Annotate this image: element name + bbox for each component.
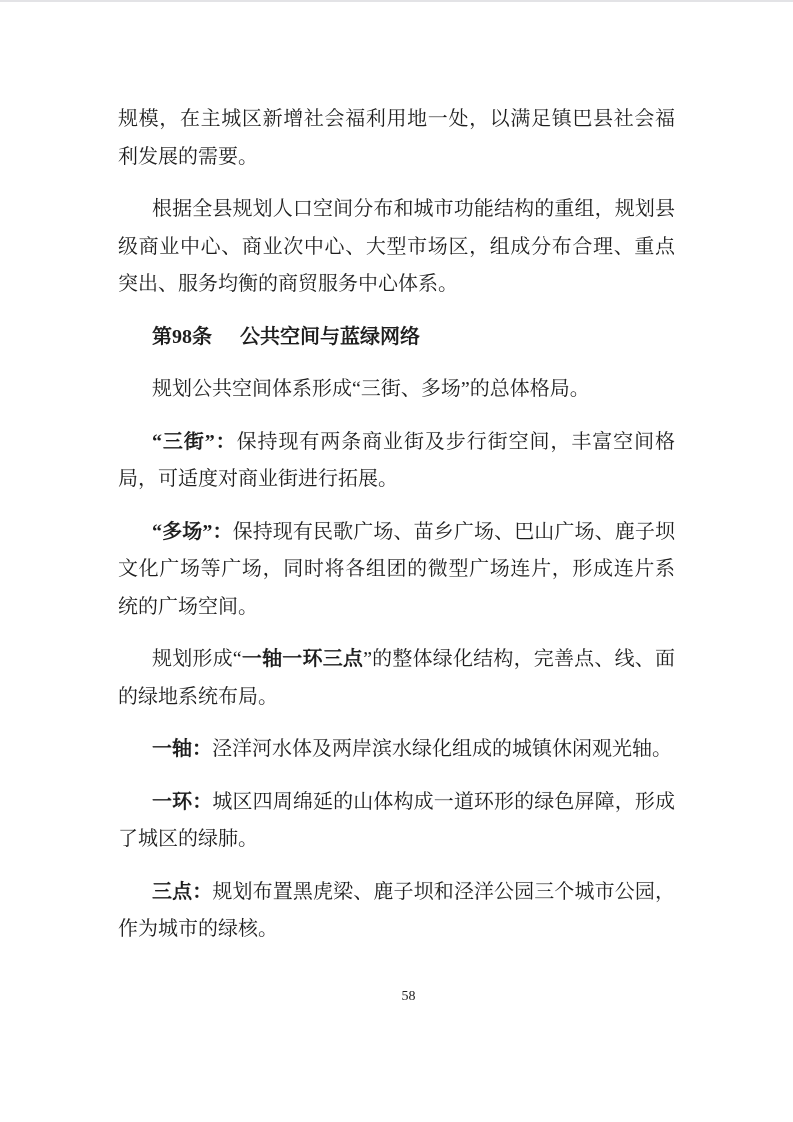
emphasized-term: 一轴一环三点 [242,648,363,670]
lead-in-term: “多场”： [152,521,233,543]
paragraph-three-points: 三点：规划布置黑虎梁、鹿子坝和泾洋公园三个城市公园，作为城市的绿核。 [118,874,675,949]
paragraph-one-ring: 一环：城区四周绵延的山体构成一道环形的绿色屏障，形成了城区的绿肺。 [118,784,675,859]
page-top-edge-artifact [0,0,793,2]
document-page: 规模，在主城区新增社会福利用地一处，以满足镇巴县社会福利发展的需要。 根据全县规… [0,0,793,1122]
paragraph-text: 根据全县规划人口空间分布和城市功能结构的重组，规划县级商业中心、商业次中心、大型… [118,198,675,295]
lead-in-term: “三街”： [152,431,237,453]
lead-in-term: 一环： [152,791,212,813]
paragraph-text: 规模，在主城区新增社会福利用地一处，以满足镇巴县社会福利发展的需要。 [118,108,675,168]
paragraph-green-structure: 规划形成“一轴一环三点”的整体绿化结构，完善点、线、面的绿地系统布局。 [118,641,675,716]
paragraph: 根据全县规划人口空间分布和城市功能结构的重组，规划县级商业中心、商业次中心、大型… [118,191,675,304]
lead-in-term: 三点： [152,881,212,903]
clause-heading: 第98条公共空间与蓝绿网络 [118,319,675,357]
clause-number: 第98条 [152,326,212,348]
paragraph-three-streets: “三街”：保持现有两条商业街及步行街空间，丰富空间格局，可适度对商业街进行拓展。 [118,424,675,499]
paragraph-continuation: 规模，在主城区新增社会福利用地一处，以满足镇巴县社会福利发展的需要。 [118,101,675,176]
paragraph-text: 规划公共空间体系形成“三街、多场”的总体格局。 [152,378,590,400]
lead-in-term: 一轴： [152,738,212,760]
paragraph: 规划公共空间体系形成“三街、多场”的总体格局。 [118,371,675,409]
clause-title: 公共空间与蓝绿网络 [240,326,420,348]
paragraph-text: 泾洋河水体及两岸滨水绿化组成的城镇休闲观光轴。 [212,738,672,760]
page-content: 规模，在主城区新增社会福利用地一处，以满足镇巴县社会福利发展的需要。 根据全县规… [118,101,675,964]
paragraph-one-axis: 一轴：泾洋河水体及两岸滨水绿化组成的城镇休闲观光轴。 [118,731,675,769]
page-number: 58 [0,989,793,1005]
paragraph-text: 规划形成“ [152,648,242,670]
paragraph-many-squares: “多场”：保持现有民歌广场、苗乡广场、巴山广场、鹿子坝文化广场等广场，同时将各组… [118,514,675,627]
